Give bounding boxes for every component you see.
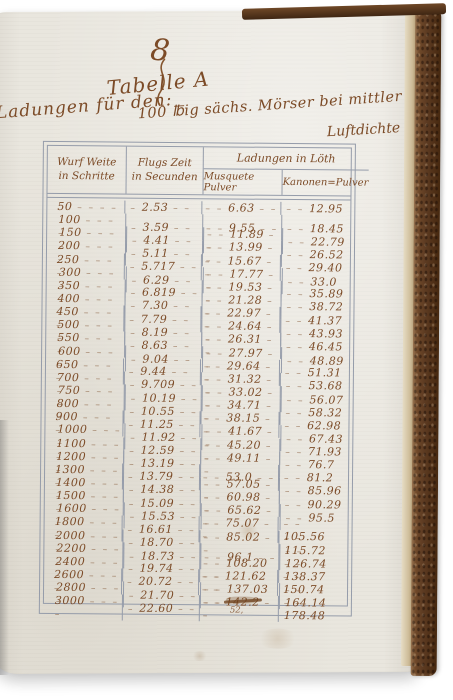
leather-fore-edge — [411, 10, 442, 676]
title-line-3: Luftdichte — [326, 120, 400, 140]
header-ladungen-subrow: Musquete Pulver Kanonen=Pulver — [203, 169, 368, 195]
cell-value: 178.48 — [284, 596, 347, 623]
book-photo: 8 Ladungen für den: Tabelle A 100 ℔ig sä… — [0, 0, 453, 700]
table-outer-frame: Wurf Weite in Schritte Flugs Zeit in Sec… — [39, 141, 356, 617]
header-flugzeit: Flugs Zeit in Secunden — [126, 147, 203, 195]
ballistics-table: Wurf Weite in Schritte Flugs Zeit in Sec… — [39, 141, 356, 617]
header-ladungen-group: Ladungen in Löth Musquete Pulver Kanonen… — [203, 147, 368, 195]
cell-flugzeit_secunden: 22.60 — [123, 595, 200, 622]
cell-wurfweite_schritte: 50 — [46, 200, 125, 214]
cell-kanonen_pulver_loth: 178.48 — [279, 596, 347, 623]
table-inner-frame: Wurf Weite in Schritte Flugs Zeit in Sec… — [43, 145, 352, 607]
cell-kanonen_pulver_loth: 12.95 — [281, 202, 349, 216]
gutter-shadow — [0, 420, 9, 675]
struck-value: 142.2 — [226, 596, 260, 609]
cell-value: 12.95 — [286, 202, 343, 215]
cell-value: 6.63 — [205, 201, 277, 215]
header-ladungen-span: Ladungen in Löth — [204, 147, 369, 170]
manuscript-page: 8 Ladungen für den: Tabelle A 100 ℔ig sä… — [0, 10, 418, 674]
header-musqueten-pulver: Musquete Pulver — [203, 169, 282, 195]
table-header: Wurf Weite in Schritte Flugs Zeit in Sec… — [47, 146, 350, 197]
cell-musqueten_pulver_loth: 52,142.2 — [200, 595, 279, 622]
header-kanonen-pulver: Kanonen=Pulver — [282, 170, 368, 196]
header-wurfweite: Wurf Weite in Schritte — [47, 146, 126, 194]
title-line-2: 100 ℔ig sächs. Mörser bei mittler — [137, 89, 402, 123]
table-body: 502.536.6312.951003.599.5518.451504.4111… — [44, 194, 351, 610]
paper-stain — [256, 629, 300, 649]
header-wurfweite-line1: Wurf Weite — [48, 156, 126, 170]
header-flugzeit-line1: Flugs Zeit — [127, 157, 203, 171]
cell-value: 142.2 — [203, 595, 278, 622]
cell-value: 2.53 — [130, 201, 191, 215]
cell-musqueten_pulver_loth: 6.63 — [202, 201, 281, 215]
cell-value: 3000 — [55, 594, 122, 621]
cell-value: 22.60 — [128, 601, 196, 615]
header-wurfweite-line2: in Schritte — [48, 169, 126, 183]
header-flugzeit-line2: in Secunden — [127, 170, 203, 184]
title-tabelle: Tabelle A — [106, 67, 211, 100]
cell-wurfweite_schritte: 3000 — [44, 594, 123, 621]
paper-stain — [192, 651, 208, 661]
cell-value: 50 — [57, 200, 118, 214]
cell-flugzeit_secunden: 2.53 — [125, 201, 202, 215]
table-row: 300022.6052,142.2178.48 — [44, 594, 347, 610]
